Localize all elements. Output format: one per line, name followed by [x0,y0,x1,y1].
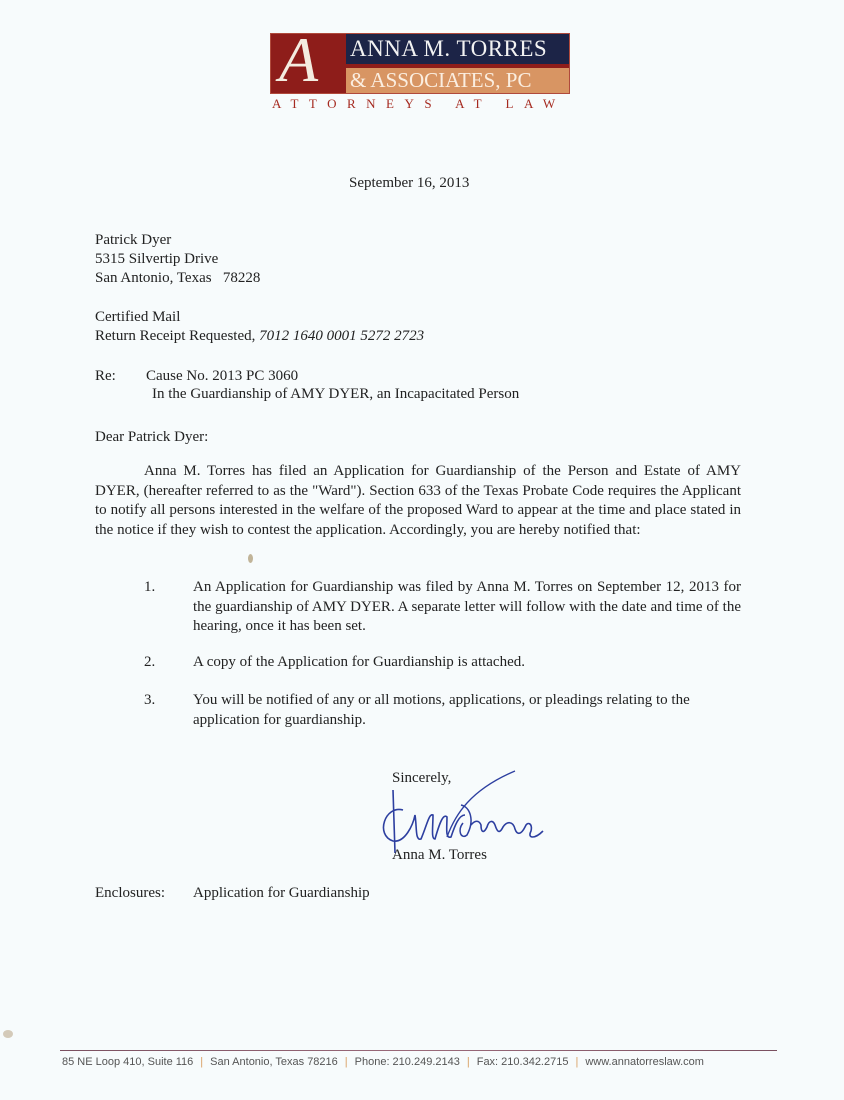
item-text: An Application for Guardianship was file… [193,578,741,637]
tracking-number: 7012 1640 0001 5272 2723 [259,328,424,344]
footer-fax: Fax: 210.342.2715 [477,1056,569,1068]
cause-number: Cause No. 2013 PC 3060 [146,367,298,386]
item-number: 2. [144,653,155,672]
return-receipt: Return Receipt Requested, 7012 1640 0001… [95,327,424,346]
matter-title: In the Guardianship of AMY DYER, an Inca… [152,385,519,404]
scan-speck [248,554,253,563]
separator: | [467,1056,470,1068]
recipient-city: San Antonio, Texas 78228 [95,269,260,288]
signer-name: Anna M. Torres [392,846,487,865]
item-text: A copy of the Application for Guardiansh… [193,653,741,673]
recipient-street: 5315 Silvertip Drive [95,250,260,269]
scan-smudge [3,1030,13,1038]
enclosures-label: Enclosures: [95,884,165,903]
enclosures-value: Application for Guardianship [193,884,370,903]
logo-monogram-box: A [271,34,346,93]
letter-date: September 16, 2013 [349,174,469,193]
footer-address: 85 NE Loop 410, Suite 116 [62,1056,193,1068]
separator: | [345,1056,348,1068]
handwritten-signature [375,765,565,855]
separator: | [575,1056,578,1068]
logo-firm-suffix: & ASSOCIATES, PC [346,68,569,93]
logo-monogram: A [279,28,318,92]
item-number: 1. [144,578,155,597]
firm-logo: A ANNA M. TORRES & ASSOCIATES, PC [270,33,570,94]
footer-website[interactable]: www.annatorreslaw.com [585,1056,704,1068]
delivery-type: Certified Mail [95,308,424,327]
separator: | [200,1056,203,1068]
recipient-address: Patrick Dyer 5315 Silvertip Drive San An… [95,231,260,288]
body-paragraph: Anna M. Torres has filed an Application … [95,462,741,540]
delivery-method: Certified Mail Return Receipt Requested,… [95,308,424,346]
footer-divider [60,1050,777,1051]
salutation: Dear Patrick Dyer: [95,428,208,447]
reference-label: Re: [95,367,116,386]
footer-city: San Antonio, Texas 78216 [210,1056,338,1068]
logo-firm-name: ANNA M. TORRES [346,34,569,64]
item-text: You will be notified of any or all motio… [193,691,741,730]
firm-tagline: ATTORNEYS AT LAW [272,96,570,112]
footer-contact: 85 NE Loop 410, Suite 116|San Antonio, T… [62,1056,704,1068]
return-receipt-label: Return Receipt Requested, [95,328,259,344]
footer-phone: Phone: 210.249.2143 [355,1056,460,1068]
recipient-name: Patrick Dyer [95,231,260,250]
item-number: 3. [144,691,155,710]
